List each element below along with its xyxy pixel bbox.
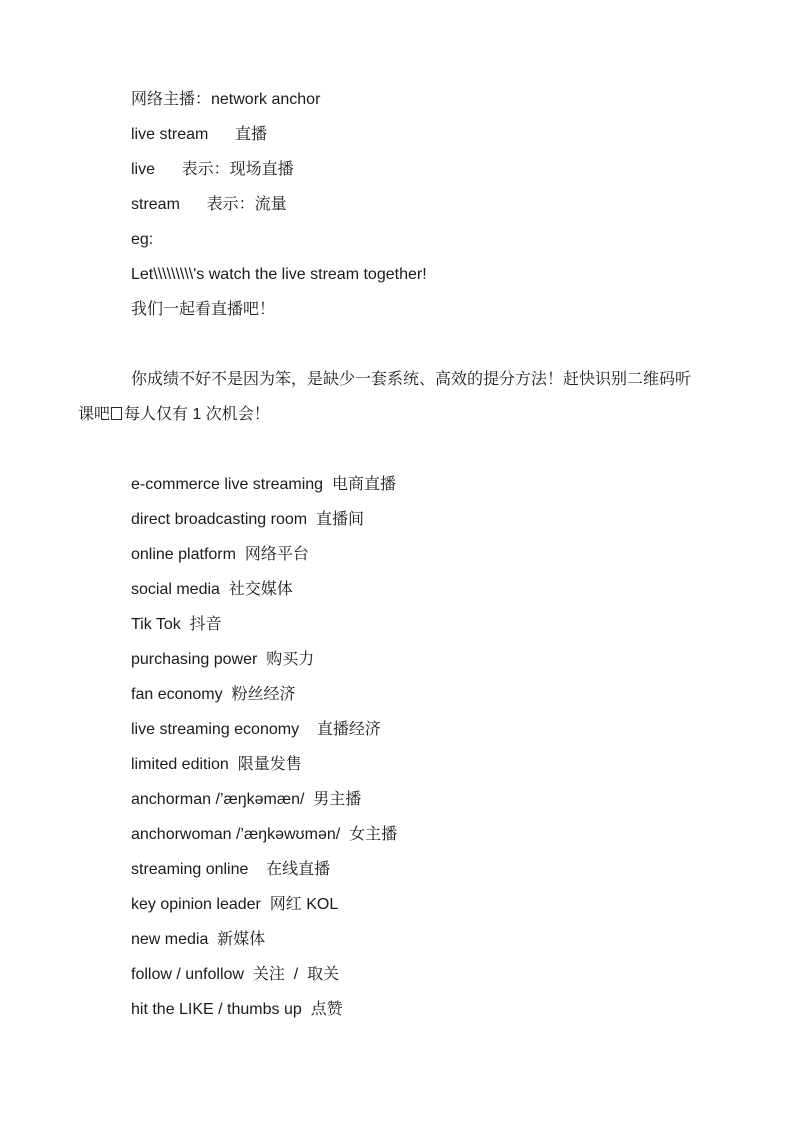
vocab-item: follow / unfollow 关注 / 取关: [131, 957, 722, 992]
intro-line-stream: stream 表示：流量: [131, 187, 722, 222]
document-page: 网络主播：network anchor live stream 直播 live …: [0, 0, 792, 1121]
vocab-item: purchasing power 购买力: [131, 642, 722, 677]
vocab-item: key opinion leader 网红 KOL: [131, 887, 722, 922]
blank-line: [78, 327, 722, 362]
vocab-item: social media 社交媒体: [131, 572, 722, 607]
vocab-item: streaming online 在线直播: [131, 852, 722, 887]
vocab-item: Tik Tok 抖音: [131, 607, 722, 642]
blank-line: [78, 432, 722, 467]
intro-line-example-translation: 我们一起看直播吧！: [131, 292, 722, 327]
missing-glyph-box: [111, 407, 122, 420]
vocab-item: live streaming economy 直播经济: [131, 712, 722, 747]
vocab-item: hit the LIKE / thumbs up 点赞: [131, 992, 722, 1027]
promo-line-1: 你成绩不好不是因为笨，是缺少一套系统、高效的提分方法！赶快识别二维码听: [78, 362, 722, 397]
intro-line-live-stream: live stream 直播: [131, 117, 722, 152]
vocab-item: anchorman /’æŋkəmæn/ 男主播: [131, 782, 722, 817]
vocab-item: limited edition 限量发售: [131, 747, 722, 782]
vocab-item: new media 新媒体: [131, 922, 722, 957]
intro-line-example-sentence: Let\\\\\\\\\'s watch the live stream tog…: [131, 257, 722, 292]
promo-line-2-suffix: 每人仅有 1 次机会！: [124, 406, 270, 423]
promo-line-2-prefix: 课吧: [78, 406, 110, 423]
intro-line-eg: eg:: [131, 222, 722, 257]
intro-line-live: live 表示：现场直播: [131, 152, 722, 187]
vocab-item: fan economy 粉丝经济: [131, 677, 722, 712]
intro-line-network-anchor: 网络主播：network anchor: [131, 82, 722, 117]
promo-line-2: 课吧每人仅有 1 次机会！: [78, 397, 722, 432]
vocab-item: e-commerce live streaming 电商直播: [131, 467, 722, 502]
vocab-item: anchorwoman /’æŋkəwʊmən/ 女主播: [131, 817, 722, 852]
page-content: 网络主播：network anchor live stream 直播 live …: [0, 0, 792, 1027]
vocab-item: online platform 网络平台: [131, 537, 722, 572]
vocab-item: direct broadcasting room 直播间: [131, 502, 722, 537]
